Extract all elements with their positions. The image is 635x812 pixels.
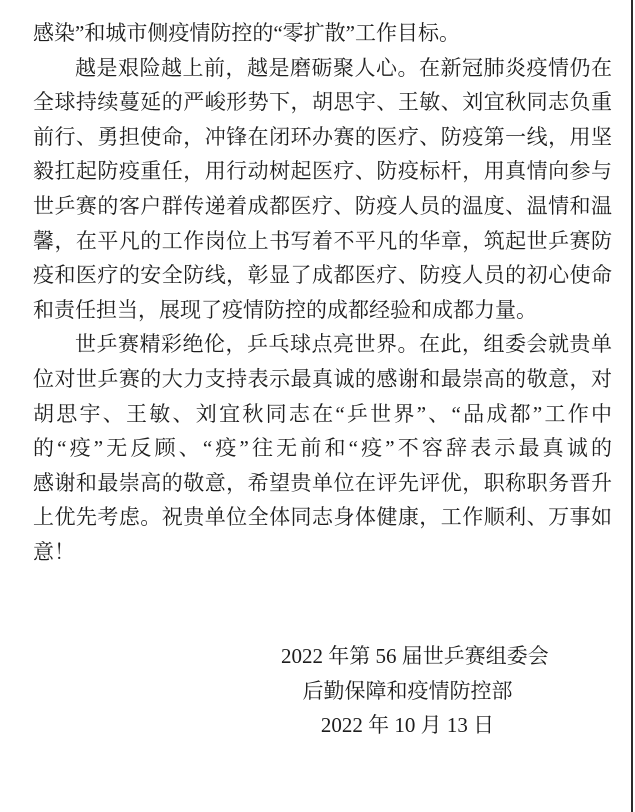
signature-org: 2022 年第 56 届世乒赛组委会 (281, 639, 534, 674)
text-line: 越是艰险越上前，越是磨砺聚人心。在新冠肺炎疫情仍在 (33, 51, 612, 86)
text-line: 全球持续蔓延的严峻形势下，胡思宇、王敏、刘宜秋同志负重 (33, 85, 612, 120)
text-line: 的“疫”无反顾、“疫”往无前和“疫”不容辞表示最真诚的 (33, 431, 612, 466)
signature-dept: 后勤保障和疫情防控部 (281, 674, 534, 709)
text-line: 感染”和城市侧疫情防控的“零扩散”工作目标。 (33, 16, 612, 51)
text-line: 感谢和最崇高的敬意，希望贵单位在评先评优，职称职务晋升 (33, 466, 612, 501)
document-body: 感染”和城市侧疫情防控的“零扩散”工作目标。越是艰险越上前，越是磨砺聚人心。在新… (33, 16, 612, 570)
text-line: 馨，在平凡的工作岗位上书写着不平凡的华章，筑起世乒赛防 (33, 224, 612, 259)
text-line: 毅扛起防疫重任，用行动树起医疗、防疫标杆，用真情向参与 (33, 154, 612, 189)
text-line: 世乒赛精彩绝伦，乒乓球点亮世界。在此，组委会就贵单 (33, 327, 612, 362)
text-line: 胡思宇、王敏、刘宜秋同志在“乒世界”、“品成都”工作中 (33, 397, 612, 432)
text-line: 前行、勇担使命，冲锋在闭环办赛的医疗、防疫第一线，用坚 (33, 120, 612, 155)
text-line: 位对世乒赛的大力支持表示最真诚的感谢和最崇高的敬意，对 (33, 362, 612, 397)
document-page: 感染”和城市侧疫情防控的“零扩散”工作目标。越是艰险越上前，越是磨砺聚人心。在新… (0, 0, 635, 812)
text-line: 上优先考虑。祝贵单位全体同志身体健康，工作顺利、万事如 (33, 500, 612, 535)
signature-date: 2022 年 10 月 13 日 (281, 708, 534, 743)
text-line: 和责任担当，展现了疫情防控的成都经验和成都力量。 (33, 293, 612, 328)
text-line: 意！ (33, 535, 612, 570)
text-line: 疫和医疗的安全防线，彰显了成都医疗、防疫人员的初心使命 (33, 258, 612, 293)
scan-edge-line (631, 0, 633, 812)
text-line: 世乒赛的客户群传递着成都医疗、防疫人员的温度、温情和温 (33, 189, 612, 224)
signature-block: 2022 年第 56 届世乒赛组委会 后勤保障和疫情防控部 2022 年 10 … (281, 639, 534, 743)
